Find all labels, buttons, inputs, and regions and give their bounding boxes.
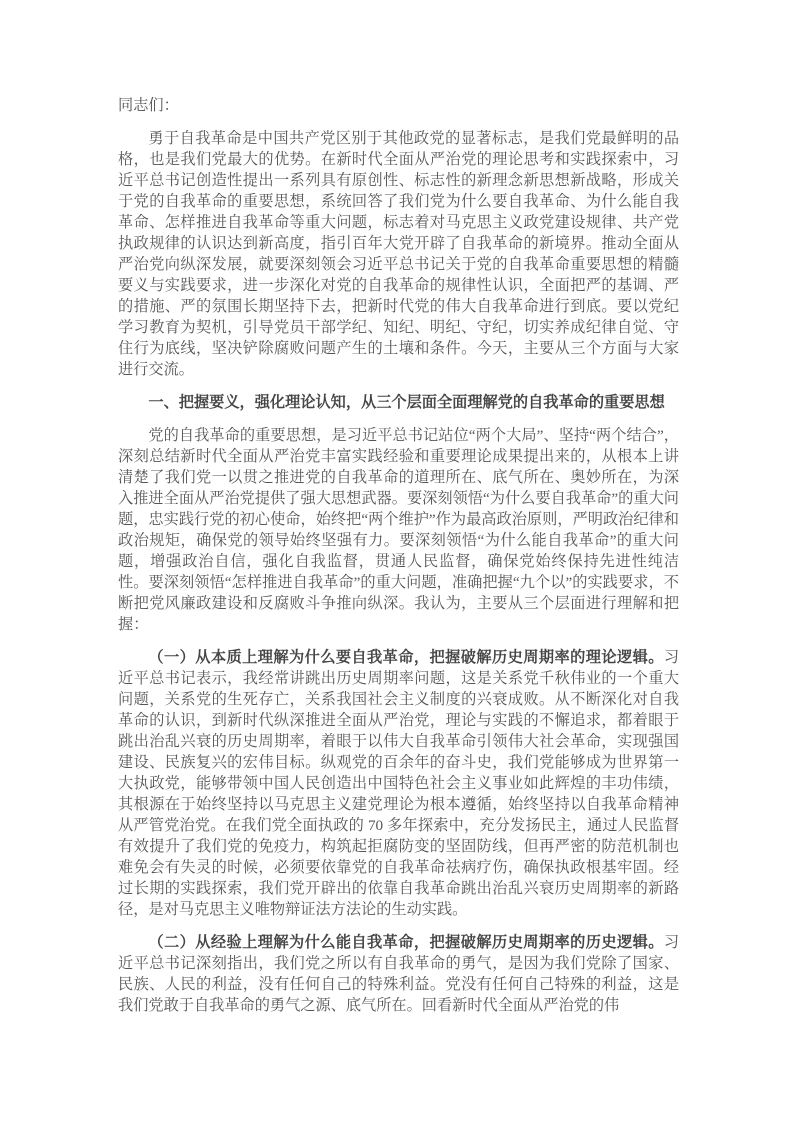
document-page: 同志们： 勇于自我革命是中国共产党区别于其他政党的显著标志，是我们党最鲜明的品格… [0, 0, 793, 1122]
paragraph-point-1: （一）从本质上理解为什么要自我革命，把握破解历史周期率的理论逻辑。习近平总书记表… [118, 647, 679, 920]
point-1-body: 习近平总书记表示，我经常讲跳出历史周期率问题，这是关系党千秋伟业的一个重大问题，… [118, 649, 679, 918]
point-1-heading: （一）从本质上理解为什么要自我革命，把握破解历史周期率的理论逻辑。 [148, 649, 663, 666]
paragraph-section-overview: 党的自我革命的重要思想，是习近平总书记站位“两个大局”、坚持“两个结合”，深刻总… [118, 425, 679, 635]
section-heading-1: 一、把握要义，强化理论认知，从三个层面全面理解党的自我革命的重要思想 [118, 392, 679, 413]
point-2-heading: （二）从经验上理解为什么能自我革命，把握破解历史周期率的历史逻辑。 [148, 934, 663, 951]
paragraph-point-2: （二）从经验上理解为什么能自我革命，把握破解历史周期率的历史逻辑。习近平总书记深… [118, 932, 679, 1016]
salutation: 同志们： [118, 95, 679, 116]
paragraph-intro: 勇于自我革命是中国共产党区别于其他政党的显著标志，是我们党最鲜明的品格，也是我们… [118, 128, 679, 380]
